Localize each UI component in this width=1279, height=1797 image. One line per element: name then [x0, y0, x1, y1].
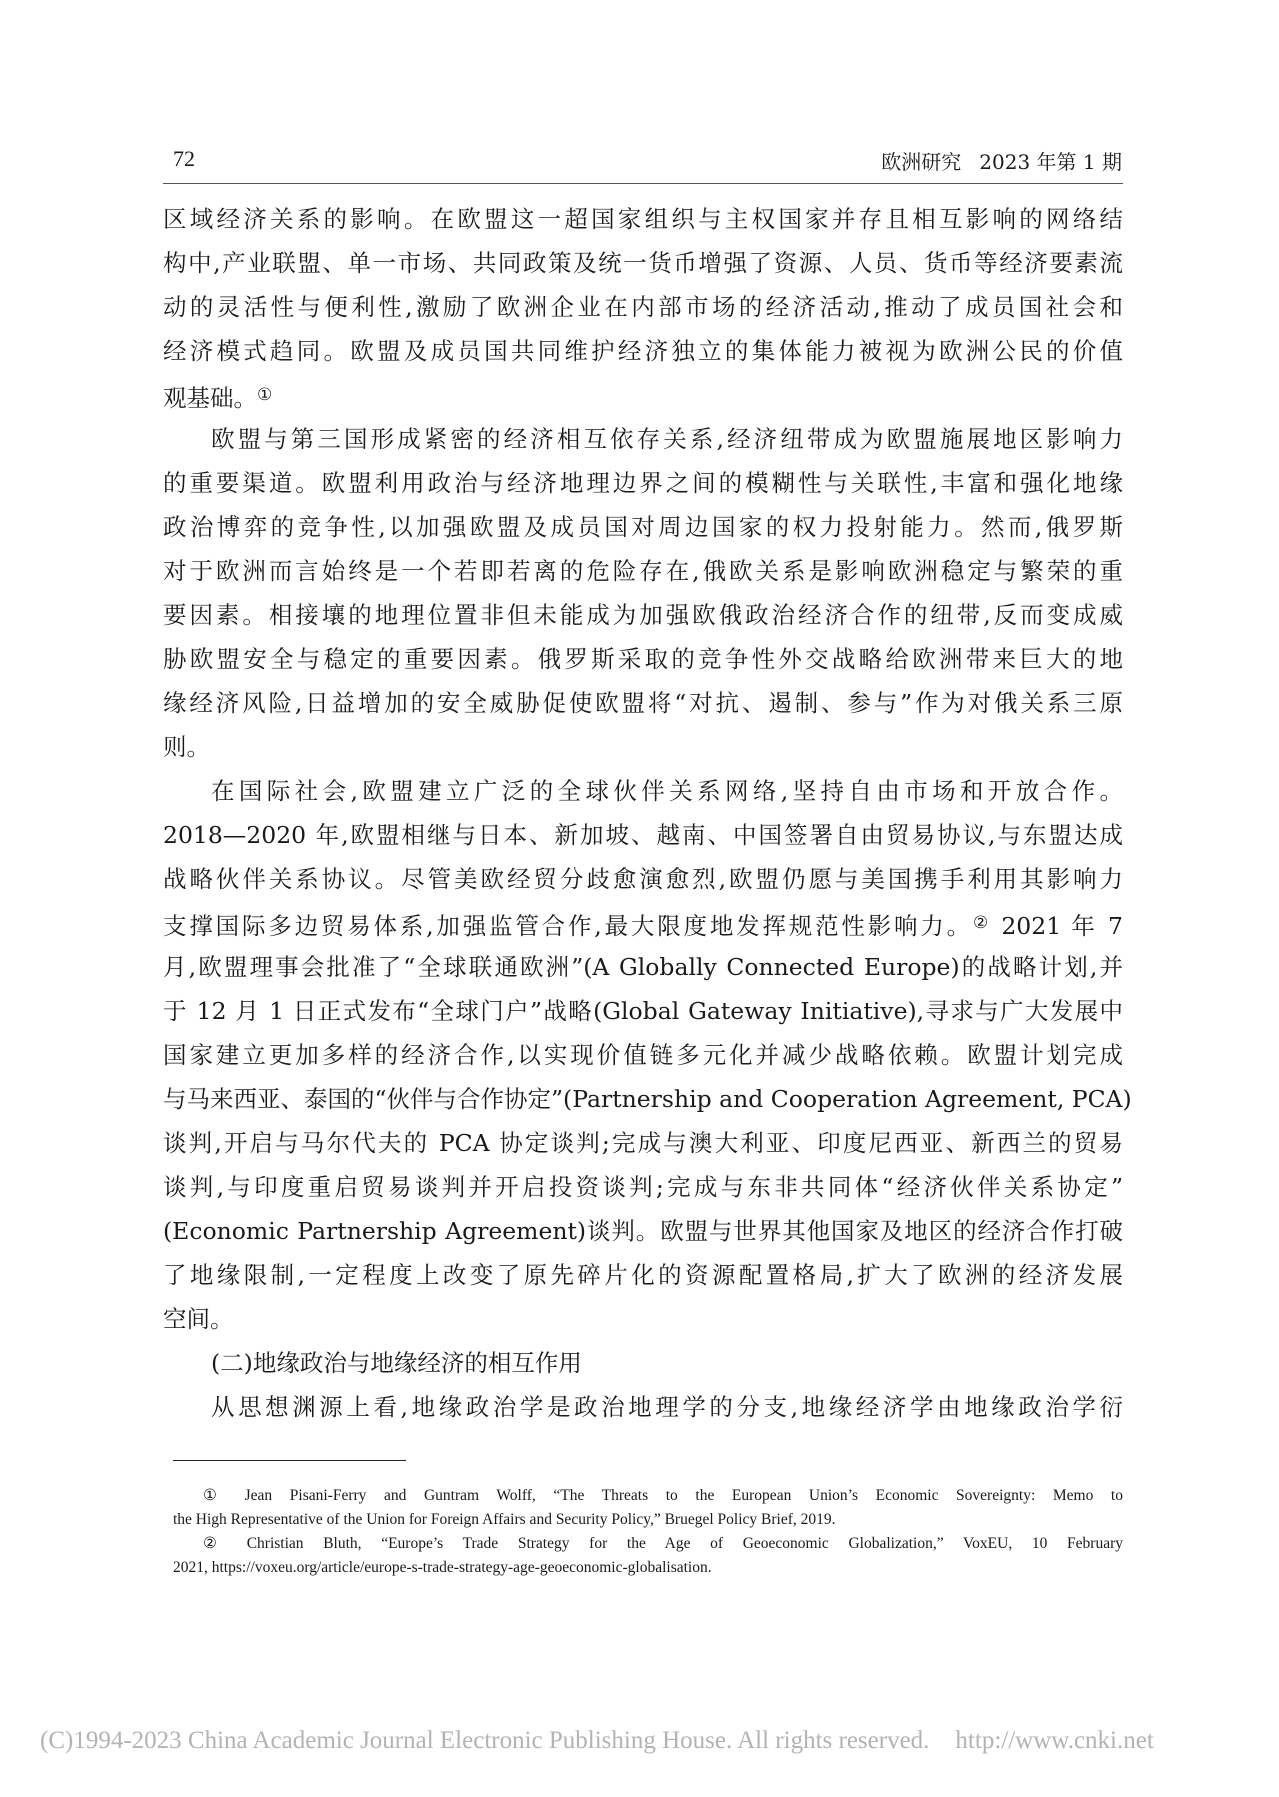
text-line: 空间。	[163, 1297, 1123, 1341]
text-line: 了地缘限制,一定程度上改变了原先碎片化的资源配置格局,扩大了欧洲的经济发展	[163, 1253, 1123, 1297]
footnote-rule	[173, 1460, 406, 1461]
footnotes: ①Jean Pisani-Ferry and Guntram Wolff, “T…	[173, 1484, 1123, 1580]
text-line: 缘经济风险,日益增加的安全威胁促使欧盟将“对抗、遏制、参与”作为对俄关系三原	[163, 681, 1123, 725]
body-text: 区域经济关系的影响。在欧盟这一超国家组织与主权国家并存且相互影响的网络结 构中,…	[163, 197, 1123, 1429]
footnote-mark: ②	[203, 1535, 233, 1552]
footnote-text: Christian Bluth, “Europe’s Trade Strateg…	[247, 1535, 1123, 1552]
paragraph-4: 从思想渊源上看,地缘政治学是政治地理学的分支,地缘经济学由地缘政治学衍	[163, 1385, 1123, 1429]
text-line: 在国际社会,欧盟建立广泛的全球伙伴关系网络,坚持自由市场和开放合作。	[163, 769, 1123, 813]
journal-issue: 2023 年第 1 期	[979, 150, 1122, 174]
text-line: 对于欧洲而言始终是一个若即若离的危险存在,俄欧关系是影响欧洲稳定与繁荣的重	[163, 549, 1123, 593]
paragraph-1: 区域经济关系的影响。在欧盟这一超国家组织与主权国家并存且相互影响的网络结 构中,…	[163, 197, 1123, 417]
page-header: 72 欧洲研究2023 年第 1 期	[163, 140, 1122, 184]
footnote-ref-2[interactable]: ②	[973, 913, 991, 933]
footnote-line: ②Christian Bluth, “Europe’s Trade Strate…	[173, 1532, 1123, 1556]
copyright-watermark: (C)1994-2023 China Academic Journal Elec…	[40, 1727, 1154, 1755]
footnote-line: the High Representative of the Union for…	[173, 1508, 1123, 1532]
text-line: 经济模式趋同。欧盟及成员国共同维护经济独立的集体能力被视为欧洲公民的价值	[163, 329, 1123, 373]
text-line: 区域经济关系的影响。在欧盟这一超国家组织与主权国家并存且相互影响的网络结	[163, 197, 1123, 241]
text-line-tail: 2021 年 7	[991, 912, 1123, 940]
text-line: 谈判,开启与马尔代夫的 PCA 协定谈判;完成与澳大利亚、印度尼西亚、新西兰的贸…	[163, 1121, 1123, 1165]
text-line: 动的灵活性与便利性,激励了欧洲企业在内部市场的经济活动,推动了成员国社会和	[163, 285, 1123, 329]
text-line: 欧盟与第三国形成紧密的经济相互依存关系,经济纽带成为欧盟施展地区影响力	[163, 417, 1123, 461]
paragraph-3: 在国际社会,欧盟建立广泛的全球伙伴关系网络,坚持自由市场和开放合作。 2018—…	[163, 769, 1123, 1341]
footnote-line: ①Jean Pisani-Ferry and Guntram Wolff, “T…	[173, 1484, 1123, 1508]
text-line: 要因素。相接壤的地理位置非但未能成为加强欧俄政治经济合作的纽带,反而变成威	[163, 593, 1123, 637]
text-line: 支撑国际多边贸易体系,加强监管合作,最大限度地发挥规范性影响力。② 2021 年…	[163, 901, 1123, 945]
text-line: 于 12 月 1 日正式发布“全球门户”战略(Global Gateway In…	[163, 989, 1123, 1033]
footnote-line[interactable]: 2021, https://voxeu.org/article/europe-s…	[173, 1556, 1123, 1580]
text-line: 与马来西亚、泰国的“伙伴与合作协定”(Partnership and Coope…	[163, 1077, 1123, 1121]
text-line: 则。	[163, 725, 1123, 769]
footnote-mark: ①	[203, 1487, 231, 1504]
text-line: 构中,产业联盟、单一市场、共同政策及统一货币增强了资源、人员、货币等经济要素流	[163, 241, 1123, 285]
footnote-ref-1[interactable]: ①	[257, 385, 272, 405]
text-line: 的重要渠道。欧盟利用政治与经济地理边界之间的模糊性与关联性,丰富和强化地缘	[163, 461, 1123, 505]
page-number: 72	[173, 146, 195, 172]
header-rule	[163, 183, 1123, 184]
copyright-text: (C)1994-2023 China Academic Journal Elec…	[40, 1727, 929, 1754]
cnki-url[interactable]: http://www.cnki.net	[955, 1727, 1153, 1754]
text-line: 国家建立更加多样的经济合作,以实现价值链多元化并减少战略依赖。欧盟计划完成	[163, 1033, 1123, 1077]
footnote-1: ①Jean Pisani-Ferry and Guntram Wolff, “T…	[173, 1484, 1123, 1532]
running-header: 欧洲研究2023 年第 1 期	[881, 146, 1122, 175]
text-line-content: 观基础。	[163, 384, 257, 412]
text-line: 谈判,与印度重启贸易谈判并开启投资谈判;完成与东非共同体“经济伙伴关系协定”	[163, 1165, 1123, 1209]
journal-name: 欧洲研究	[881, 150, 961, 174]
text-line-content: 支撑国际多边贸易体系,加强监管合作,最大限度地发挥规范性影响力。	[163, 912, 973, 940]
footnote-2: ②Christian Bluth, “Europe’s Trade Strate…	[173, 1532, 1123, 1580]
text-line: 观基础。①	[163, 373, 1123, 417]
text-line: 政治博弈的竞争性,以加强欧盟及成员国对周边国家的权力投射能力。然而,俄罗斯	[163, 505, 1123, 549]
text-line: (Economic Partnership Agreement)谈判。欧盟与世界…	[163, 1209, 1123, 1253]
paragraph-2: 欧盟与第三国形成紧密的经济相互依存关系,经济纽带成为欧盟施展地区影响力 的重要渠…	[163, 417, 1123, 769]
text-line: 月,欧盟理事会批准了“全球联通欧洲”(A Globally Connected …	[163, 945, 1123, 989]
text-line: 从思想渊源上看,地缘政治学是政治地理学的分支,地缘经济学由地缘政治学衍	[163, 1385, 1123, 1429]
text-line: 战略伙伴关系协议。尽管美欧经贸分歧愈演愈烈,欧盟仍愿与美国携手利用其影响力	[163, 857, 1123, 901]
text-line: 2018—2020 年,欧盟相继与日本、新加坡、越南、中国签署自由贸易协议,与东…	[163, 813, 1123, 857]
text-line: 胁欧盟安全与稳定的重要因素。俄罗斯采取的竞争性外交战略给欧洲带来巨大的地	[163, 637, 1123, 681]
section-heading: (二)地缘政治与地缘经济的相互作用	[163, 1341, 1123, 1385]
footnote-text: Jean Pisani-Ferry and Guntram Wolff, “Th…	[245, 1487, 1123, 1504]
